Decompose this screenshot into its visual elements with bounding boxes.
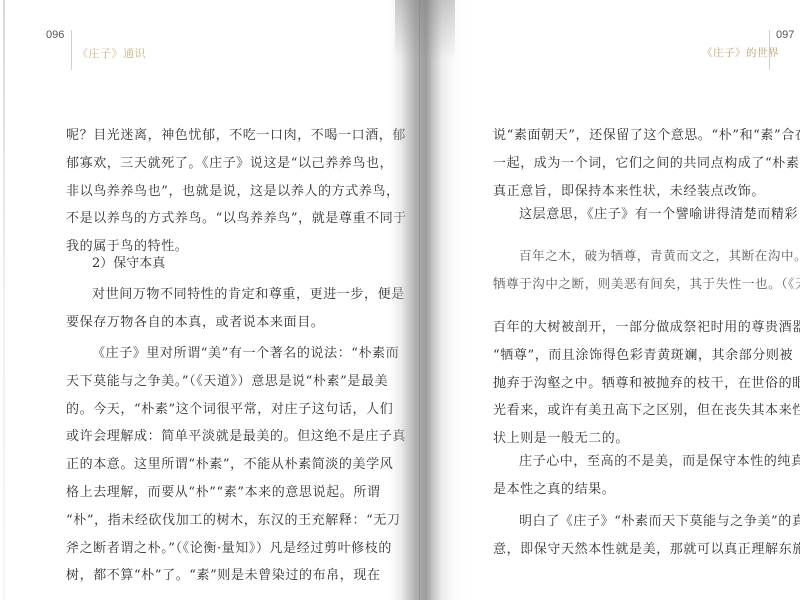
text-line: 抛弃于沟壑之中。牺尊和被抛弃的枝干，在世俗的眼 bbox=[493, 374, 783, 394]
page-number-left: 096 bbox=[46, 29, 64, 41]
left-page: 096 《庄子》通识 呢？目光迷离，神色忧郁，不吃一口肉，不喝一口酒，郁 郁寡欢… bbox=[0, 0, 420, 600]
quote-line: 牺尊于沟中之断，则美恶有间矣，其于失性一也。（《天地》） bbox=[493, 274, 783, 294]
paragraph: 对世间万物不同特性的肯定和尊重，更进一步，便是 要保存万物各自的本真，或者说本来… bbox=[66, 285, 356, 341]
header-divider-left bbox=[71, 30, 72, 70]
text-line: 说“素面朝天”，还保留了这个意思。“朴”和“素”合在 bbox=[493, 126, 783, 146]
text-line: 树，都不算“朴”了。“素”则是未曾染过的布帛，现在 bbox=[66, 566, 356, 586]
running-head-right: 《庄子》的世界 bbox=[702, 45, 779, 60]
text-line: 明白了《庄子》“朴素而天下莫能与之争美”的真 bbox=[493, 512, 783, 532]
paragraph: 说“素面朝天”，还保留了这个意思。“朴”和“素”合在 一起，成为一个词，它们之间… bbox=[493, 126, 783, 209]
text-line: 意，即保守天然本性就是美，那就可以真正理解东施效 bbox=[493, 540, 783, 560]
text-line: 对世间万物不同特性的肯定和尊重，更进一步，便是 bbox=[66, 285, 356, 305]
running-head-left: 《庄子》通识 bbox=[77, 45, 146, 61]
text-line: 郁寡欢，三天就死了。《庄子》说这是“以己养养鸟也， bbox=[66, 154, 356, 174]
paragraph: 《庄子》里对所谓“美”有一个著名的说法：“朴素而 天下莫能与之争美。”（《天道》… bbox=[66, 344, 356, 594]
text-line: 庄子心中，至高的不是美，而是保守本性的纯真，美 bbox=[493, 452, 783, 472]
text-line: 呢？目光迷离，神色忧郁，不吃一口肉，不喝一口酒，郁 bbox=[66, 126, 356, 146]
text-line: 百年的大树被剖开，一部分做成祭祀时用的尊贵酒器 bbox=[493, 318, 783, 338]
section-title: 2）保守本真 bbox=[92, 252, 165, 271]
book-gutter-shadow bbox=[390, 0, 480, 600]
text-line: 天下莫能与之争美。”（《天道》）意思是说“朴素”是最美 bbox=[66, 372, 356, 392]
text-line: 状上则是一般无二的。 bbox=[493, 429, 783, 449]
text-line: 正的本意。这里所谓“朴素”，不能从朴素简淡的美学风 bbox=[66, 455, 356, 475]
text-line: “朴”，指未经砍伐加工的树木，东汉的王充解释：“无刀 bbox=[66, 511, 356, 531]
text-line: 这层意思，《庄子》有一个譬喻讲得清楚而精彩： bbox=[493, 205, 783, 225]
paragraph: 明白了《庄子》“朴素而天下莫能与之争美”的真 意，即保守天然本性就是美，那就可以… bbox=[493, 512, 783, 568]
text-line: 的。今天，“朴素”这个词很平常，对庄子这句话，人们 bbox=[66, 400, 356, 420]
text-line: “牺尊”，而且涂饰得色彩青黄斑斓，其余部分则被 bbox=[493, 346, 783, 366]
text-line: 非以鸟养养鸟也”，也就是说，这是以养人的方式养鸟， bbox=[66, 182, 356, 202]
paragraph: 这层意思，《庄子》有一个譬喻讲得清楚而精彩： bbox=[493, 205, 783, 233]
text-line: 斧之断者谓之朴。”（《论衡·量知》）凡是经过剪叶修枝的 bbox=[66, 539, 356, 559]
paragraph: 呢？目光迷离，神色忧郁，不吃一口肉，不喝一口酒，郁 郁寡欢，三天就死了。《庄子》… bbox=[66, 126, 356, 265]
paragraph: 百年的大树被剖开，一部分做成祭祀时用的尊贵酒器 “牺尊”，而且涂饰得色彩青黄斑斓… bbox=[493, 318, 783, 457]
quote-line: 百年之木，破为牺尊，青黄而文之，其断在沟中。比 bbox=[493, 246, 783, 266]
gutter-fold bbox=[419, 0, 420, 600]
gutter-top-shadow bbox=[395, 0, 455, 60]
paragraph: 庄子心中，至高的不是美，而是保守本性的纯真，美 是本性之真的结果。 bbox=[493, 452, 783, 508]
text-line: 要保存万物各自的本真，或者说本来面目。 bbox=[66, 313, 356, 333]
text-line: 《庄子》里对所谓“美”有一个著名的说法：“朴素而 bbox=[66, 344, 356, 364]
block-quote: 百年之木，破为牺尊，青黄而文之，其断在沟中。比 牺尊于沟中之断，则美恶有间矣，其… bbox=[493, 246, 783, 302]
text-line: 或许会理解成：简单平淡就是最美的。但这绝不是庄子真 bbox=[66, 427, 356, 447]
page-number-right: 097 bbox=[776, 29, 794, 41]
book-spread: 096 《庄子》通识 呢？目光迷离，神色忧郁，不吃一口肉，不喝一口酒，郁 郁寡欢… bbox=[0, 0, 800, 600]
text-line: 真正意旨，即保持本来性状，未经装点改饰。 bbox=[493, 182, 783, 202]
text-line: 格上去理解，而要从“朴”“素”本来的意思说起。所谓 bbox=[66, 483, 356, 503]
text-line: 一起，成为一个词，它们之间的共同点构成了“朴素”的 bbox=[493, 154, 783, 174]
text-line: 是本性之真的结果。 bbox=[493, 480, 783, 500]
text-line: 不是以养鸟的方式养鸟。“以鸟养养鸟”，就是尊重不同于 bbox=[66, 209, 356, 229]
text-line: 光看来，或许有美丑高下之区别，但在丧失其本来性 bbox=[493, 401, 783, 421]
